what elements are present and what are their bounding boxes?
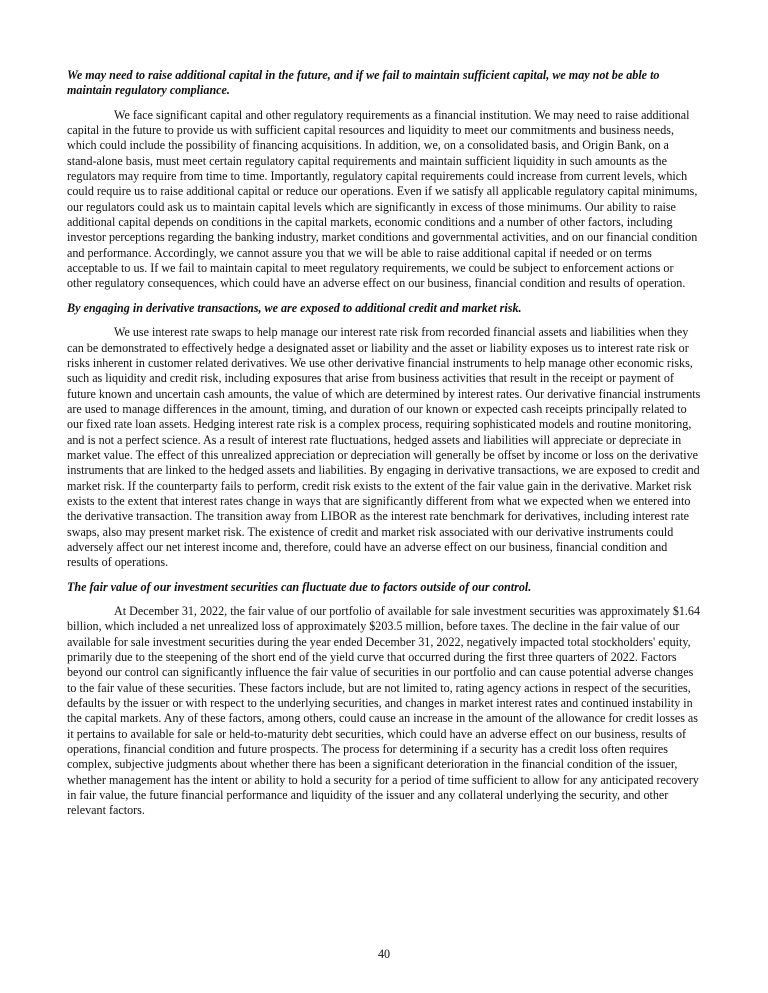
section-heading: We may need to raise additional capital … [67, 68, 701, 99]
section-paragraph: We face significant capital and other re… [67, 108, 701, 292]
section-paragraph: We use interest rate swaps to help manag… [67, 325, 701, 571]
section-heading: The fair value of our investment securit… [67, 580, 701, 595]
document-page: We may need to raise additional capital … [67, 68, 701, 828]
risk-factor-investment-securities: The fair value of our investment securit… [67, 580, 701, 819]
risk-factor-derivatives: By engaging in derivative transactions, … [67, 301, 701, 571]
page-number: 40 [0, 947, 768, 962]
section-heading: By engaging in derivative transactions, … [67, 301, 701, 316]
risk-factor-capital: We may need to raise additional capital … [67, 68, 701, 292]
section-paragraph: At December 31, 2022, the fair value of … [67, 604, 701, 819]
